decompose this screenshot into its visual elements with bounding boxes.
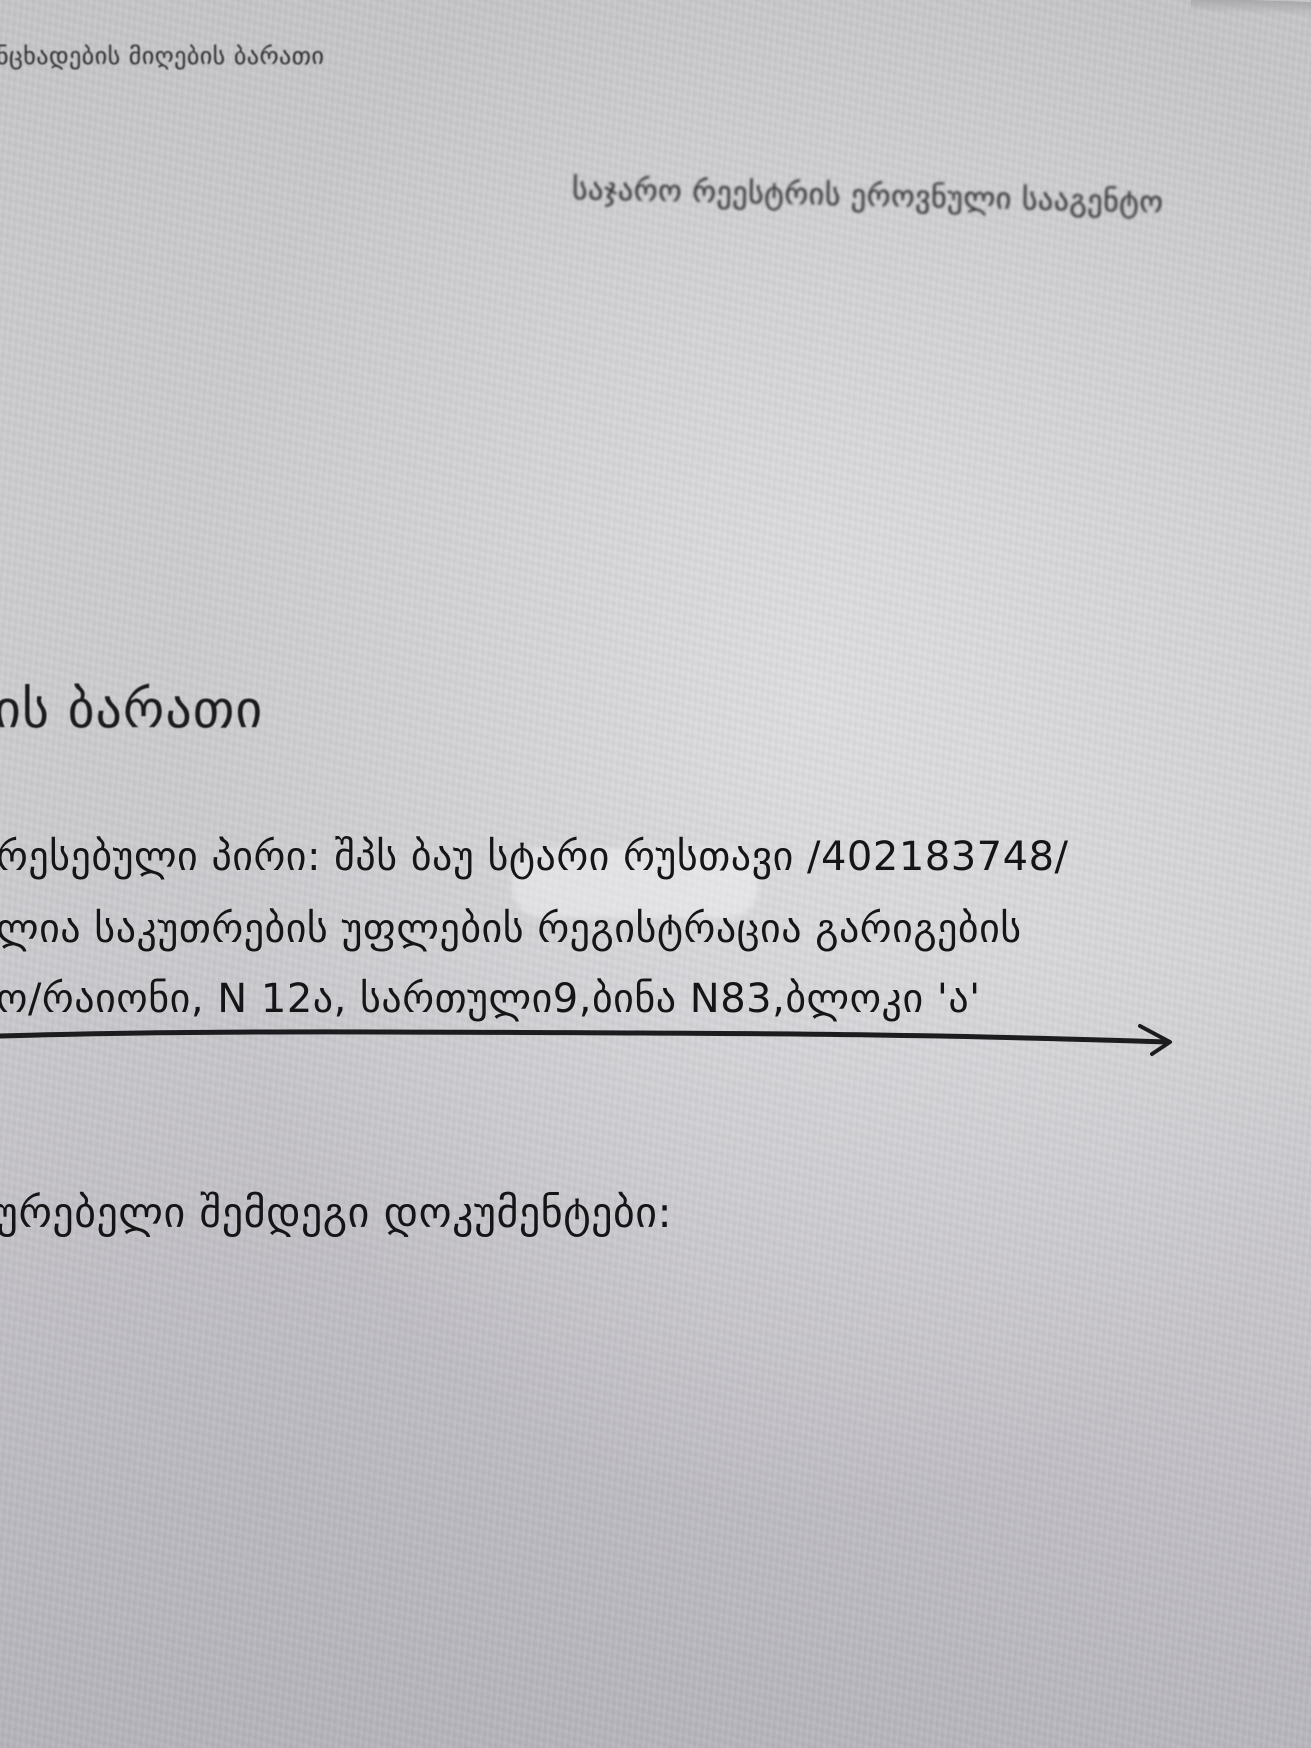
- address-line: ო/რაიონი, N 12ა, სართული9,ბინა N83,ბლოკი…: [0, 976, 981, 1022]
- document-title: ის ბარათი: [0, 680, 263, 740]
- documents-list-heading: ურებელი შემდეგი დოკუმენტები:: [0, 1188, 672, 1237]
- service-line: ლია საკუთრების უფლების რეგისტრაცია გარიგ…: [0, 906, 1022, 952]
- applicant-line: რესებული პირი: შპს ბაუ სტარი რუსთავი /40…: [0, 834, 1069, 880]
- header-form-title: ნცხადების მიღების ბარათი: [0, 42, 324, 70]
- header-agency-name: საჯარო რეესტრის ეროვნული სააგენტო: [572, 172, 1164, 220]
- handwritten-underline-arrow-icon: [0, 1020, 1200, 1060]
- paper-edge: [1191, 0, 1311, 16]
